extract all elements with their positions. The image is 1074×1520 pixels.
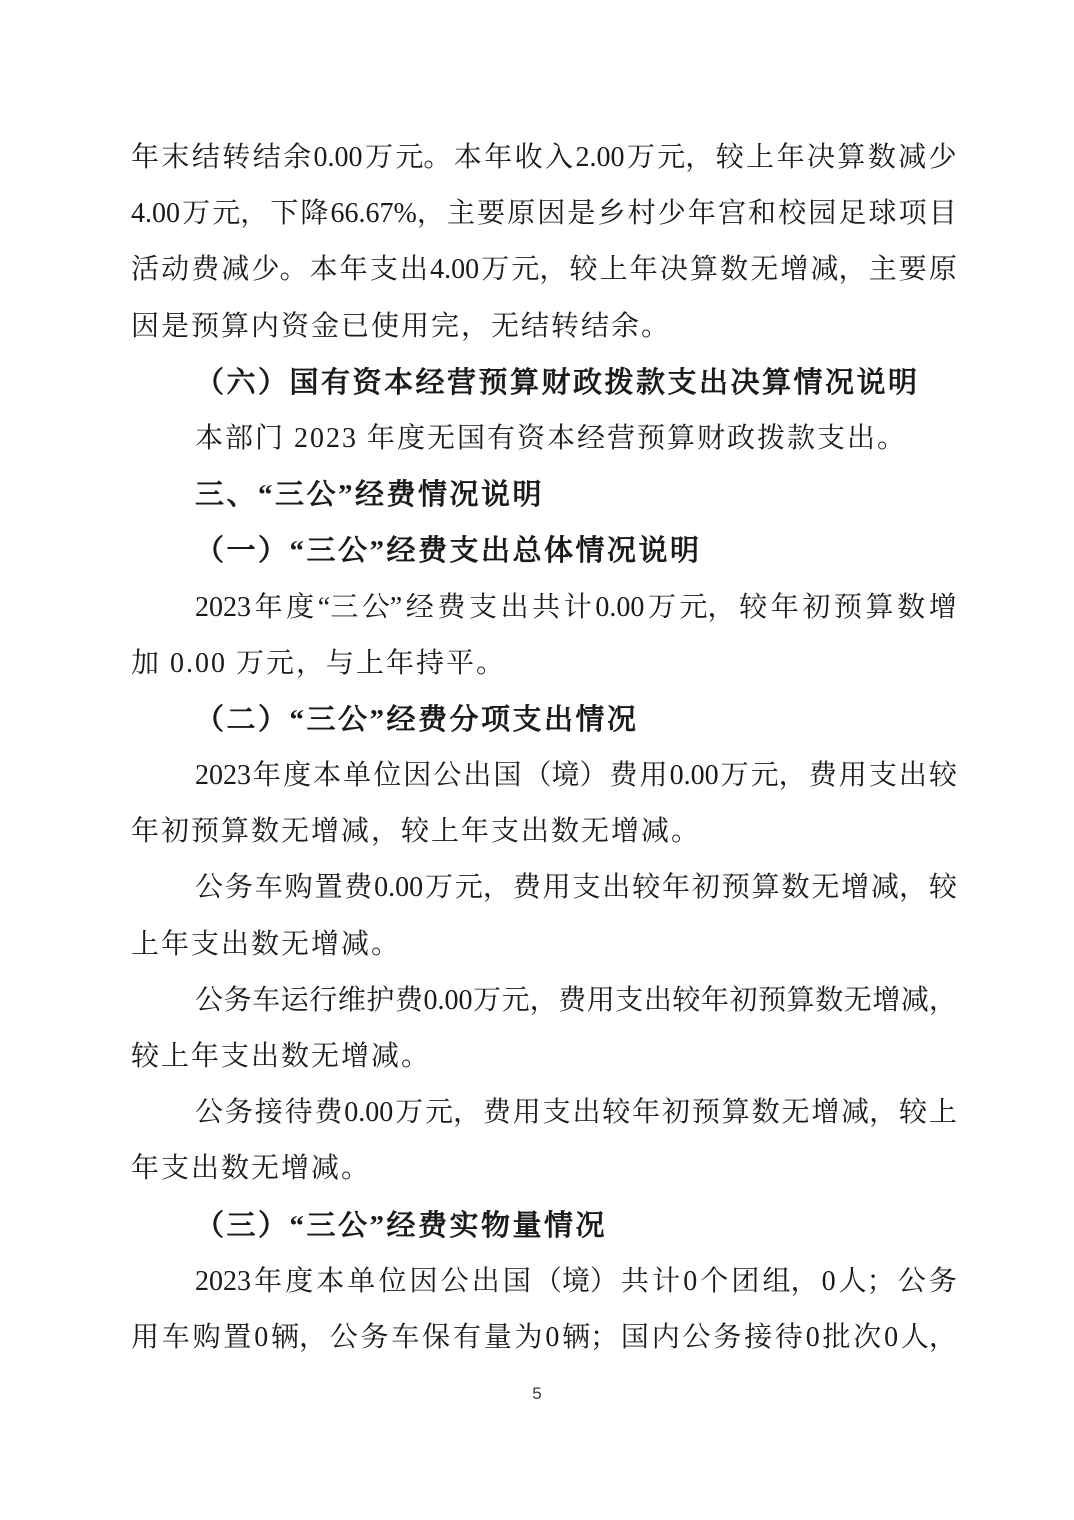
heading-line: （二）“三公”经费分项支出情况 [131, 692, 957, 748]
page-number: 5 [0, 1384, 1074, 1404]
text-line: 公务车运行维护费0.00万元，费用支出较年初预算数无增减， [131, 973, 957, 1029]
text-line: 2023年度本单位因公出国（境）费用0.00万元，费用支出较 [131, 748, 957, 804]
heading-line: （六）国有资本经营预算财政拨款支出决算情况说明 [131, 355, 957, 411]
text-line: 年支出数无增减。 [131, 1141, 957, 1197]
text-line: 4.00万元，下降66.67%，主要原因是乡村少年宫和校园足球项目 [131, 186, 957, 242]
text-line: 活动费减少。本年支出4.00万元，较上年决算数无增减，主要原 [131, 242, 957, 298]
text-line: 本部门 2023 年度无国有资本经营预算财政拨款支出。 [131, 411, 957, 467]
document-page: 年末结转结余0.00万元。本年收入2.00万元，较上年决算数减少4.00万元，下… [0, 0, 1074, 1520]
heading-line: 三、“三公”经费情况说明 [131, 467, 957, 523]
text-line: 2023年度“三公”经费支出共计0.00万元，较年初预算数增 [131, 580, 957, 636]
text-line: 年末结转结余0.00万元。本年收入2.00万元，较上年决算数减少 [131, 130, 957, 186]
text-line: 较上年支出数无增减。 [131, 1029, 957, 1085]
text-line: 年初预算数无增减，较上年支出数无增减。 [131, 804, 957, 860]
heading-line: （三）“三公”经费实物量情况 [131, 1198, 957, 1254]
text-line: 因是预算内资金已使用完，无结转结余。 [131, 299, 957, 355]
document-body: 年末结转结余0.00万元。本年收入2.00万元，较上年决算数减少4.00万元，下… [131, 130, 957, 1366]
text-line: 加 0.00 万元，与上年持平。 [131, 636, 957, 692]
text-line: 公务接待费0.00万元，费用支出较年初预算数无增减，较上 [131, 1085, 957, 1141]
text-line: 用车购置0辆，公务车保有量为0辆；国内公务接待0批次0人， [131, 1310, 957, 1366]
text-line: 公务车购置费0.00万元，费用支出较年初预算数无增减，较 [131, 860, 957, 916]
text-line: 上年支出数无增减。 [131, 917, 957, 973]
heading-line: （一）“三公”经费支出总体情况说明 [131, 523, 957, 579]
text-line: 2023年度本单位因公出国（境）共计0个团组，0人；公务 [131, 1254, 957, 1310]
